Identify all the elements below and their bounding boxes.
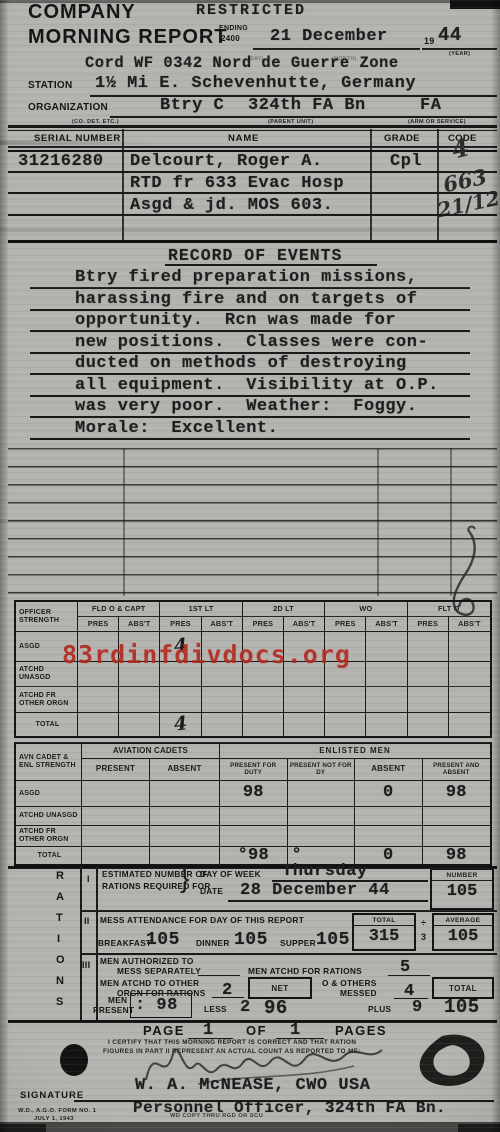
officer-hdr-pres: PRES <box>78 617 119 632</box>
officer-cell <box>366 632 407 662</box>
supper-value: 105 <box>316 930 350 950</box>
events-title: RECORD OF EVENTS <box>168 246 342 265</box>
part3-total-value: 105 <box>444 996 480 1018</box>
rule <box>80 866 82 1020</box>
rule <box>377 448 379 596</box>
rule <box>8 146 497 148</box>
scan-edge <box>0 1122 500 1132</box>
rule <box>30 287 470 289</box>
officer-corner-label: OFFICERSTRENGTH <box>16 602 78 632</box>
officer-cell <box>325 713 366 736</box>
dinner-value: 105 <box>234 930 268 950</box>
rule <box>388 975 430 976</box>
men-label: MEN <box>108 995 127 1005</box>
blank-ruled-lines <box>8 448 497 600</box>
officer-cell <box>243 713 284 736</box>
net-value: 96 <box>264 997 288 1019</box>
events-line-1: Btry fired preparation missions, <box>75 268 417 287</box>
others-line2: MESSED <box>340 988 377 998</box>
enlisted-total-pa: 98 <box>446 847 467 865</box>
rations-letter-o: O <box>56 954 65 966</box>
present-label: PRESENT <box>93 1005 134 1015</box>
scan-edge <box>0 1124 46 1132</box>
rations-part2-numeral: II <box>84 916 90 926</box>
ink-stamp-blob <box>412 1032 492 1090</box>
men-atchd-for-rations-label: MEN ATCHD FOR RATIONS <box>248 966 362 976</box>
officer-cell: 4 <box>160 713 201 736</box>
officer-hdr-pres: PRES <box>408 617 449 632</box>
officer-cell <box>366 662 407 687</box>
date-value: 28 December 44 <box>240 881 390 900</box>
roster-col-grade: GRADE <box>384 133 420 144</box>
rations-part1-numeral: I <box>87 874 90 884</box>
enlisted-row-total-label: TOTAL <box>16 847 82 865</box>
officer-strength-table: OFFICERSTRENGTH FLD O & CAPT 1ST LT 2D L… <box>14 600 492 738</box>
roster-name-2: RTD fr 633 Evac Hosp <box>130 174 344 193</box>
copy-note: WD COPY THRU RGD OR SCU <box>170 1113 263 1119</box>
organization-unit: Btry C <box>160 96 224 115</box>
enlisted-row-atchd-unasgd-label: ATCHD UNASGD <box>16 807 82 826</box>
organization-parent-unit: 324th FA Bn <box>248 96 366 115</box>
enlisted-cell <box>82 781 150 807</box>
rule <box>8 171 497 173</box>
breakfast-value: 105 <box>146 930 180 950</box>
less-label: LESS <box>204 1004 227 1014</box>
enlisted-asgd-absent: 0 <box>383 784 393 802</box>
enlisted-cell: 98 <box>220 781 288 807</box>
enlisted-cell <box>220 826 288 847</box>
rule <box>165 264 377 266</box>
enlisted-hdr-cadets-absent: ABSENT <box>150 759 220 781</box>
officer-cell <box>78 713 119 736</box>
officer-cell <box>325 687 366 713</box>
date-label: DATE <box>200 886 223 896</box>
rule <box>8 214 497 216</box>
others-line1: O & OTHERS <box>322 978 377 988</box>
ending-time: 2400 <box>221 34 240 43</box>
officer-cell <box>449 687 490 713</box>
rule <box>30 330 470 332</box>
signer-name: W. A. McNEASE, CWO USA <box>135 1076 370 1095</box>
rule <box>80 953 497 955</box>
rule <box>198 975 240 976</box>
officer-cell <box>366 687 407 713</box>
scan-edge <box>458 1124 500 1132</box>
enlisted-cell <box>150 826 220 847</box>
roster-grade-1: Cpl <box>390 152 422 171</box>
rations-letter-n: N <box>56 975 64 987</box>
officer-group-flto: FLT O <box>408 602 490 617</box>
mess-total-label: TOTAL <box>354 915 414 926</box>
rule <box>30 373 470 375</box>
enlisted-cell <box>82 847 150 865</box>
events-line-2: harassing fire and on targets of <box>75 290 417 309</box>
officer-cell <box>160 687 201 713</box>
officer-total-1stlt-pres: 4 <box>173 714 188 736</box>
enlisted-cell <box>288 781 356 807</box>
officer-cell <box>284 687 325 713</box>
plus-label: PLUS <box>368 1004 391 1014</box>
enlisted-asgd-pa: 98 <box>446 784 467 802</box>
enlisted-cell: 98 <box>423 847 491 865</box>
men-authorized-line1: MEN AUTHORIZED TO <box>100 956 194 966</box>
divide-by-value: 3 <box>421 932 426 942</box>
enlisted-corner-label: AVN CADET & ENL STRENGTH <box>16 744 82 781</box>
restricted-stamp: RESTRICTED <box>196 2 306 19</box>
rations-letter-s: S <box>56 996 64 1008</box>
roster-col-serial: SERIAL NUMBER <box>34 133 121 144</box>
rule <box>8 125 497 128</box>
form-title-morning-report: MORNING REPORT <box>28 26 228 49</box>
year-printed: 19 <box>424 36 435 46</box>
men-present-value: : 98 <box>135 996 178 1015</box>
report-date-value: 21 December <box>270 27 388 46</box>
rations-number-box: NUMBER 105 <box>430 868 494 910</box>
rule <box>30 438 470 440</box>
officer-row-atchd-fr-label: ATCHD FR OTHER ORGN <box>16 687 78 713</box>
rule <box>80 910 497 912</box>
rations-estimated-line2: RATIONS REQUIRED FOR <box>102 881 211 891</box>
officer-hdr-pres: PRES <box>243 617 284 632</box>
brace-glyph: } <box>180 862 189 894</box>
officer-group-2dlt: 2D LT <box>243 602 325 617</box>
rations-letter-r: R <box>56 870 64 882</box>
events-line-4: new positions. Classes were con- <box>75 333 428 352</box>
mess-attendance-title: MESS ATTENDANCE FOR DAY OF THIS REPORT <box>100 915 304 925</box>
officer-cell <box>119 687 160 713</box>
number-label: NUMBER <box>432 870 492 881</box>
station-label: STATION <box>28 80 73 91</box>
men-atchd-other-line1: MEN ATCHD TO OTHER <box>100 978 199 988</box>
average-value: 105 <box>434 926 492 946</box>
dinner-label: DINNER <box>196 938 230 948</box>
rule <box>8 192 497 194</box>
net-label: NET <box>250 979 310 994</box>
rations-letter-a: A <box>56 891 64 903</box>
rations-letter-i: I <box>57 933 60 945</box>
coordinates-line: Cord WF 0342 Nord de Guerre Zone <box>85 54 399 72</box>
officer-cell <box>284 713 325 736</box>
events-line-5: ducted on methods of destroying <box>75 354 407 373</box>
enlisted-asgd-pfd: 98 <box>243 784 264 802</box>
form-number: W.D., A.G.O. FORM NO. 1 <box>18 1108 96 1114</box>
officer-cell <box>408 713 449 736</box>
plus-value: 9 <box>412 998 423 1017</box>
rule <box>8 240 497 243</box>
year-sublabel: (YEAR) <box>449 51 470 57</box>
ending-label: ENDING <box>219 25 248 32</box>
net-box: NET <box>248 977 312 999</box>
enlisted-cell: °98 <box>220 847 288 865</box>
enlisted-total-absent: 0 <box>383 847 393 865</box>
mess-total-box: TOTAL 315 <box>352 913 416 951</box>
divide-sign: ÷ <box>421 918 426 928</box>
enlisted-hdr-pnfd: PRESENT NOT FOR DY <box>288 759 356 781</box>
officer-cell <box>202 687 243 713</box>
officer-cell <box>408 687 449 713</box>
enlisted-row-asgd-label: ASGD <box>16 781 82 807</box>
officer-group-fldo: FLD O & CAPT <box>78 602 160 617</box>
mess-total-value: 315 <box>354 926 414 946</box>
roster-serial-number: 31216280 <box>18 152 104 171</box>
year-value: 44 <box>438 24 462 46</box>
enlisted-row-atchd-fr-label: ATCHD FR OTHER ORGN <box>16 826 82 847</box>
enlisted-cell <box>150 807 220 826</box>
enlisted-cell <box>355 826 423 847</box>
events-line-7: was very poor. Weather: Foggy. <box>75 397 417 416</box>
rule <box>437 129 439 240</box>
enlisted-group-enlisted: ENLISTED MEN <box>220 744 490 759</box>
events-line-8: Morale: Excellent. <box>75 419 278 438</box>
officer-cell <box>202 713 243 736</box>
form-date: JULY 1, 1943 <box>34 1116 74 1122</box>
enlisted-group-cadets: AVIATION CADETS <box>82 744 220 759</box>
rule <box>370 129 372 240</box>
rule <box>422 48 497 50</box>
enlisted-cell <box>150 781 220 807</box>
officer-cell <box>78 687 119 713</box>
form-title-company: COMPANY <box>28 1 136 24</box>
officer-group-wo: WO <box>325 602 407 617</box>
officer-cell <box>119 713 160 736</box>
mess-average-box: AVERAGE 105 <box>432 913 494 951</box>
officer-hdr-abst: ABS'T <box>449 617 490 632</box>
officer-group-1stlt: 1ST LT <box>160 602 242 617</box>
organization-label: ORGANIZATION <box>28 102 108 113</box>
enlisted-cell <box>82 826 150 847</box>
officer-cell <box>408 662 449 687</box>
officer-cell <box>408 632 449 662</box>
enlisted-cell <box>288 826 356 847</box>
supper-label: SUPPER <box>280 938 316 948</box>
less-value: 2 <box>240 998 251 1017</box>
officer-hdr-abst: ABS'T <box>284 617 325 632</box>
day-of-week-label: DAY OF WEEK <box>200 869 261 879</box>
officer-cell <box>366 713 407 736</box>
men-present-box: : 98 <box>130 993 192 1018</box>
station-value: 1½ Mi E. Schevenhutte, Germany <box>95 74 416 93</box>
officer-hdr-pres: PRES <box>325 617 366 632</box>
officer-cell <box>449 713 490 736</box>
rule <box>30 416 470 418</box>
organization-arm: FA <box>420 96 441 115</box>
scan-streak <box>0 228 500 232</box>
roster-col-name: NAME <box>228 133 259 144</box>
rations-estimated-line1: ESTIMATED NUMBER OF <box>102 869 208 879</box>
enlisted-hdr-pa: PRESENT AND ABSENT <box>423 759 491 781</box>
officer-hdr-abst: ABS'T <box>202 617 243 632</box>
enlisted-cell: 0 <box>355 781 423 807</box>
hole-punch-mark <box>60 1044 88 1076</box>
events-line-6: all equipment. Visibility at O.P. <box>75 376 439 395</box>
officer-cell <box>449 662 490 687</box>
officer-row-total-label: TOTAL <box>16 713 78 736</box>
officer-hdr-abst: ABS'T <box>366 617 407 632</box>
enlisted-strength-table: AVN CADET & ENL STRENGTH AVIATION CADETS… <box>14 742 492 866</box>
rule <box>123 448 125 596</box>
average-label: AVERAGE <box>434 915 492 926</box>
enlisted-cell <box>220 807 288 826</box>
morning-report-form: COMPANY RESTRICTED MORNING REPORT ENDING… <box>0 0 500 1132</box>
enlisted-cell <box>82 807 150 826</box>
enlisted-cell: 98 <box>423 781 491 807</box>
part3-total-label: TOTAL <box>434 979 492 994</box>
breakfast-label: BREAKFAST <box>98 938 151 948</box>
number-value: 105 <box>432 881 492 901</box>
rations-part3-numeral: III <box>82 960 90 970</box>
officer-hdr-pres: PRES <box>160 617 201 632</box>
scan-edge <box>450 0 500 9</box>
rule <box>8 130 497 132</box>
enlisted-cell <box>288 807 356 826</box>
enlisted-hdr-absent: ABSENT <box>355 759 423 781</box>
day-of-week-value: Thursday <box>282 862 368 881</box>
rations-letter-t: T <box>56 912 63 924</box>
men-authorized-line2: MESS SEPARATELY <box>117 966 201 976</box>
events-line-3: opportunity. Rcn was made for <box>75 311 396 330</box>
archive-watermark: 83rdinfdivdocs.org <box>62 640 351 669</box>
roster-name-1: Delcourt, Roger A. <box>130 152 323 171</box>
enlisted-cell <box>355 807 423 826</box>
rule <box>228 900 428 902</box>
roster-name-3: Asgd & jd. MOS 603. <box>130 196 333 215</box>
enlisted-total-pfd: °98 <box>238 847 269 865</box>
enlisted-hdr-pfd: PRESENT FOR DUTY <box>220 759 288 781</box>
enlisted-cell <box>423 807 491 826</box>
rule <box>253 48 420 50</box>
rule <box>110 116 497 118</box>
enlisted-cell <box>423 826 491 847</box>
rule <box>122 129 124 240</box>
officer-cell <box>243 687 284 713</box>
officer-hdr-abst: ABS'T <box>119 617 160 632</box>
enlisted-hdr-cadets-present: PRESENT <box>82 759 150 781</box>
officer-cell <box>449 632 490 662</box>
